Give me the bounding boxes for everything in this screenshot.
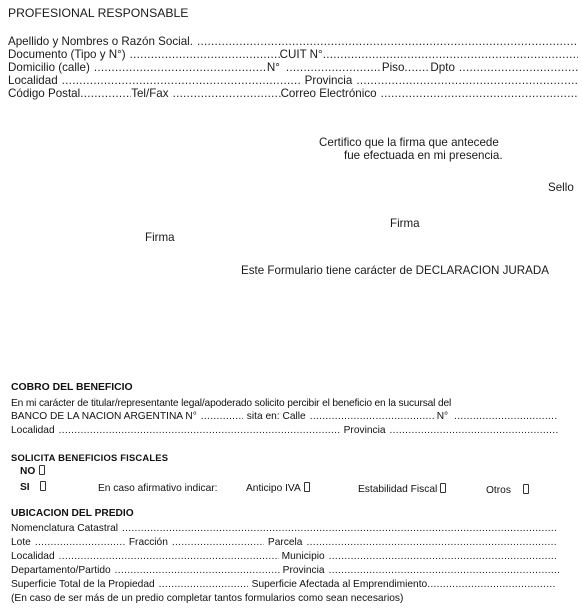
field-banco[interactable]: BANCO DE LA NACION ARGENTINA N° sita en:…	[11, 410, 558, 423]
input-localidad-predio[interactable]	[59, 550, 279, 563]
field-lote[interactable]: Lote Fracción Parcela	[11, 536, 556, 549]
label-provincia-predio: Provincia	[283, 564, 325, 577]
label-sita-calle: sita en: Calle	[247, 410, 306, 423]
section-title-cobro: COBRO DEL BENEFICIO	[11, 382, 133, 393]
input-tel-fax[interactable]	[173, 87, 281, 100]
label-nomenclatura: Nomenclatura Catastral	[11, 522, 118, 535]
section-title-predio: UBICACION DEL PREDIO	[11, 508, 134, 519]
label-lote: Lote	[11, 536, 31, 549]
indicar-label: En caso afirmativo indicar:	[98, 482, 217, 495]
label-estabilidad-fiscal: Estabilidad Fiscal	[358, 484, 437, 495]
input-departamento[interactable]	[115, 564, 280, 577]
label-anticipo-iva: Anticipo IVA	[246, 483, 301, 494]
label-municipio: Municipio	[282, 550, 325, 563]
predio-nota: (En caso de ser más de un predio complet…	[11, 592, 403, 605]
field-localidad[interactable]: Localidad Provincia	[8, 74, 578, 87]
label-sup-total: Superficie Total de la Propiedad	[11, 578, 155, 591]
checkbox-anticipo-iva[interactable]	[304, 482, 310, 492]
input-codigo-postal[interactable]	[80, 87, 131, 100]
input-lote[interactable]	[35, 536, 125, 549]
option-no[interactable]: NO	[20, 465, 45, 478]
firma-profesional-label: Firma	[145, 231, 175, 244]
input-localidad[interactable]	[62, 74, 302, 87]
label-domicilio: Domicilio (calle)	[8, 61, 90, 74]
field-nomenclatura[interactable]: Nomenclatura Catastral	[11, 522, 556, 535]
label-departamento: Departamento/Partido	[11, 564, 111, 577]
input-fraccion[interactable]	[172, 536, 264, 549]
input-dpto[interactable]	[459, 61, 578, 74]
input-provincia-predio[interactable]	[329, 564, 560, 577]
form-page: PROFESIONAL RESPONSABLE Apellido y Nombr…	[0, 0, 582, 615]
label-localidad-cobro: Localidad	[11, 424, 55, 437]
label-parcela: Parcela	[268, 536, 303, 549]
label-fraccion: Fracción	[129, 536, 168, 549]
label-sup-afectada: Superficie Afectada al Emprendimiento	[252, 578, 428, 591]
label-banco: BANCO DE LA NACION ARGENTINA N°	[11, 410, 197, 423]
field-superficie[interactable]: Superficie Total de la Propiedad Superfi…	[11, 578, 556, 591]
checkbox-si[interactable]	[40, 481, 46, 491]
label-documento: Documento (Tipo y N°)	[8, 48, 126, 61]
input-calle[interactable]	[310, 410, 434, 423]
section-title-profesional: PROFESIONAL RESPONSABLE	[8, 7, 188, 20]
input-sucursal[interactable]	[201, 410, 243, 423]
checkbox-no[interactable]	[39, 465, 45, 475]
label-apellido: Apellido y Nombres o Razón Social.	[8, 35, 193, 48]
certificacion-line2: fue efectuada en mi presencia.	[344, 149, 503, 162]
field-apellido[interactable]: Apellido y Nombres o Razón Social.	[8, 35, 578, 48]
input-numero-cobro[interactable]	[454, 410, 558, 423]
label-otros: Otros	[486, 485, 511, 496]
input-apellido[interactable]	[197, 35, 578, 48]
label-provincia: Provincia	[305, 74, 353, 87]
option-anticipo-iva[interactable]: Anticipo IVA	[246, 482, 310, 495]
cobro-texto: En mi carácter de titular/representante …	[11, 397, 581, 410]
field-documento[interactable]: Documento (Tipo y N°) CUIT N°	[8, 48, 578, 61]
declaracion-jurada: Este Formulario tiene carácter de DECLAR…	[241, 264, 549, 277]
input-parcela[interactable]	[306, 536, 556, 549]
field-departamento[interactable]: Departamento/Partido Provincia	[11, 564, 560, 577]
label-provincia-cobro: Provincia	[344, 424, 386, 437]
label-no: NO	[20, 466, 35, 477]
checkbox-estabilidad-fiscal[interactable]	[440, 483, 446, 493]
label-correo: Correo Electrónico	[281, 87, 377, 100]
option-otros[interactable]: Otros	[486, 484, 529, 497]
field-codigo-postal[interactable]: Código Postal Tel/Fax Correo Electrónico	[8, 87, 578, 100]
input-numero[interactable]	[286, 61, 382, 74]
label-dpto: Dpto	[430, 61, 455, 74]
label-cuit: CUIT N°	[280, 48, 323, 61]
input-correo[interactable]	[381, 87, 578, 100]
label-localidad-predio: Localidad	[11, 550, 55, 563]
input-sup-afectada[interactable]	[427, 578, 556, 591]
firma-certificante-label: Firma	[390, 217, 420, 230]
input-localidad-cobro[interactable]	[59, 424, 341, 437]
input-piso[interactable]	[404, 61, 428, 74]
label-tel-fax: Tel/Fax	[131, 87, 168, 100]
label-numero: N°	[267, 61, 280, 74]
field-localidad-predio[interactable]: Localidad Municipio	[11, 550, 556, 563]
field-domicilio[interactable]: Domicilio (calle) N° Piso Dpto	[8, 61, 578, 74]
field-localidad-cobro[interactable]: Localidad Provincia	[11, 424, 558, 437]
option-si[interactable]: SI	[20, 481, 46, 494]
option-estabilidad-fiscal[interactable]: Estabilidad Fiscal	[358, 483, 446, 496]
label-localidad: Localidad	[8, 74, 58, 87]
label-numero-cobro: N°	[437, 410, 448, 423]
input-documento[interactable]	[130, 48, 280, 61]
input-provincia-cobro[interactable]	[390, 424, 558, 437]
certificacion-line1: Certifico que la firma que antecede	[319, 136, 499, 149]
input-sup-total[interactable]	[159, 578, 248, 591]
input-municipio[interactable]	[329, 550, 556, 563]
checkbox-otros[interactable]	[523, 484, 529, 494]
sello-label: Sello	[548, 181, 574, 194]
input-provincia[interactable]	[356, 74, 578, 87]
input-nomenclatura[interactable]	[122, 522, 556, 535]
input-cuit[interactable]	[323, 48, 578, 61]
input-domicilio[interactable]	[94, 61, 267, 74]
section-title-fiscales: SOLICITA BENEFICIOS FISCALES	[11, 452, 168, 463]
label-si: SI	[20, 482, 30, 493]
label-codigo-postal: Código Postal	[8, 87, 80, 100]
label-piso: Piso	[382, 61, 405, 74]
